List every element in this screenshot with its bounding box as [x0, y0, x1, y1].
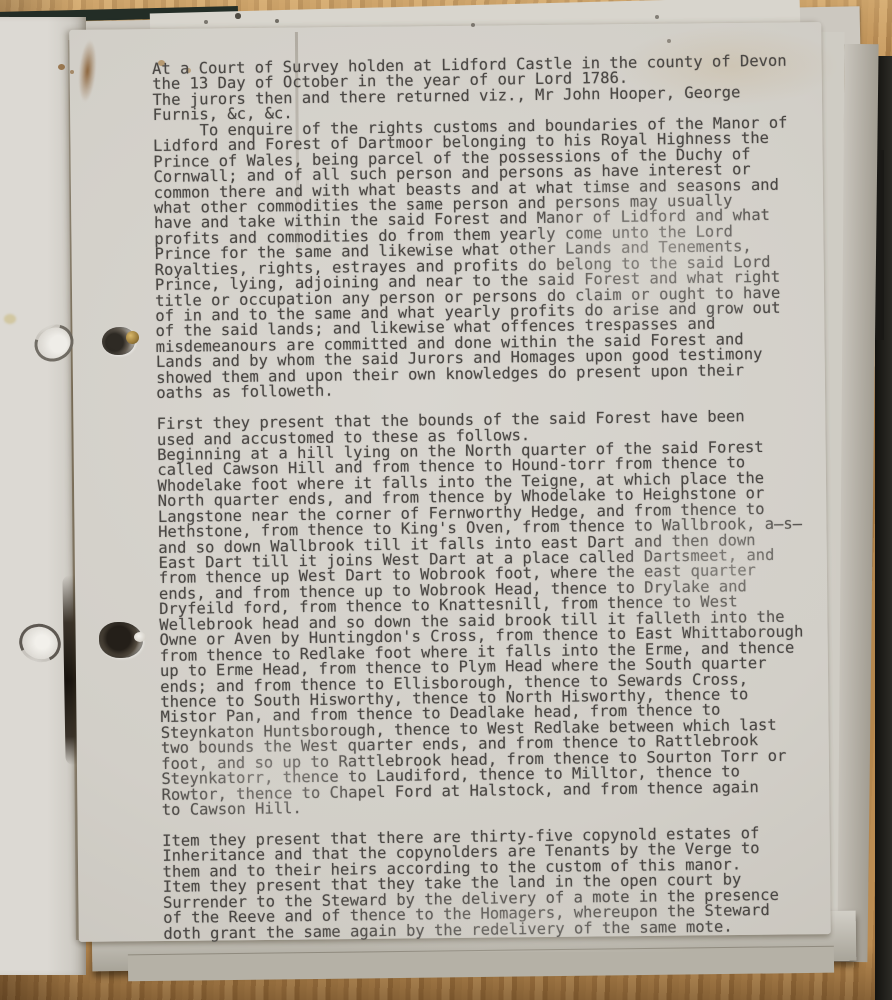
photo-scene: At a Court of Survey holden at Lidford C… [0, 0, 892, 1000]
typewritten-text: At a Court of Survey holden at Lidford C… [152, 53, 835, 942]
brass-fastener-icon [126, 331, 139, 344]
dirt-specks [0, 0, 2, 2]
stain-dot [70, 70, 74, 74]
paper-fastener-icon [134, 632, 146, 642]
stain-dot [58, 64, 65, 70]
stain-spot [4, 314, 16, 324]
